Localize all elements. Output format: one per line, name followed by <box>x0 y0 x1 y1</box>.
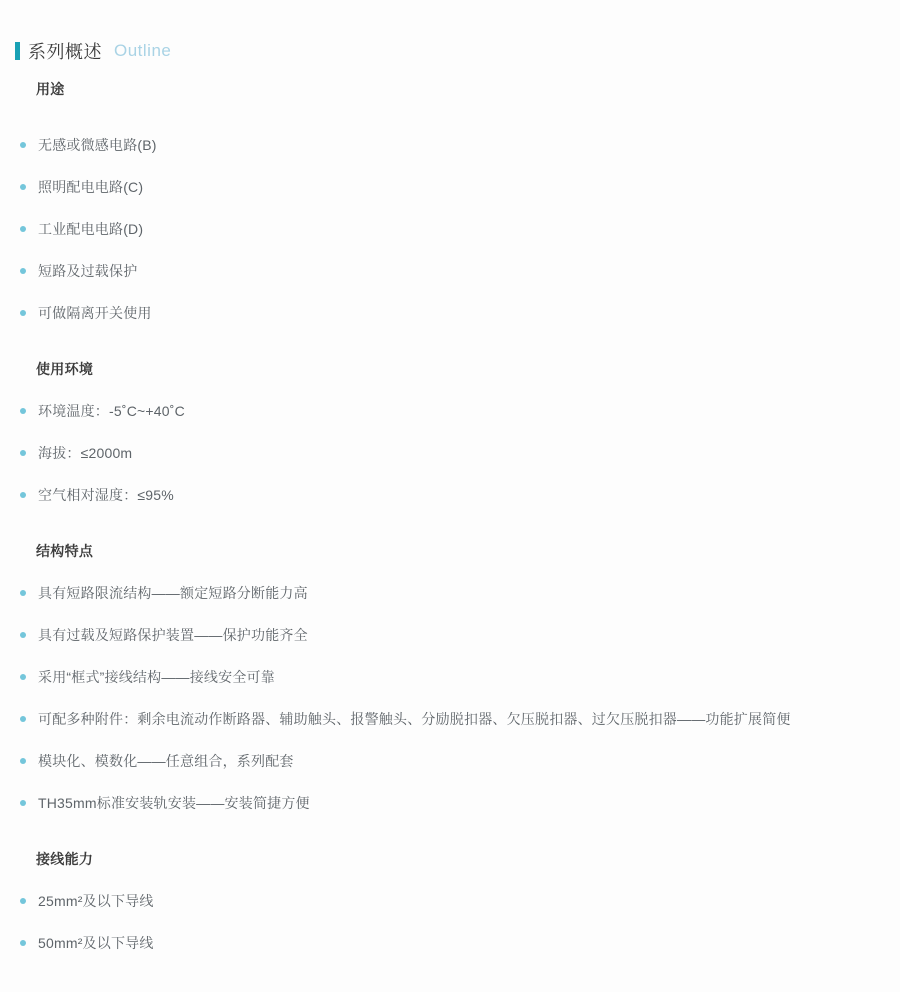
bullet-dot-icon <box>20 674 26 680</box>
section-heading: 使用环境 <box>36 359 900 379</box>
list-item: 模块化、模数化——任意组合，系列配套 <box>0 740 900 782</box>
bullet-dot-icon <box>20 184 26 190</box>
list-item-text: 可配多种附件：剩余电流动作断路器、辅助触头、报警触头、分励脱扣器、欠压脱扣器、过… <box>38 709 791 729</box>
list-item-text: 海拔：≤2000m <box>38 443 132 463</box>
bullet-dot-icon <box>20 142 26 148</box>
bullet-dot-icon <box>20 898 26 904</box>
list-item-text: 无感或微感电路(B) <box>38 135 157 155</box>
page-title-cn: 系列概述 <box>28 38 102 64</box>
list-item-text: 模块化、模数化——任意组合，系列配套 <box>38 751 294 771</box>
list-item: 具有短路限流结构——额定短路分断能力高 <box>0 572 900 614</box>
list-item-text: 具有短路限流结构——额定短路分断能力高 <box>38 583 308 603</box>
list-item: 短路及过载保护 <box>0 250 900 292</box>
bullet-dot-icon <box>20 940 26 946</box>
list-item: 无感或微感电路(B) <box>0 124 900 166</box>
list-item-text: 空气相对湿度：≤95% <box>38 485 174 505</box>
bullet-dot-icon <box>20 800 26 806</box>
content-section: 使用环境 环境温度：-5˚C~+40˚C 海拔：≤2000m 空气相对湿度：≤9… <box>0 359 900 516</box>
bullet-list: 25mm²及以下导线 50mm²及以下导线 <box>0 880 900 964</box>
bullet-dot-icon <box>20 408 26 414</box>
bullet-dot-icon <box>20 590 26 596</box>
bullet-dot-icon <box>20 268 26 274</box>
bullet-list: 具有短路限流结构——额定短路分断能力高 具有过载及短路保护装置——保护功能齐全 … <box>0 572 900 824</box>
bullet-dot-icon <box>20 716 26 722</box>
content-section: 结构特点 具有短路限流结构——额定短路分断能力高 具有过载及短路保护装置——保护… <box>0 541 900 824</box>
list-item: 50mm²及以下导线 <box>0 922 900 964</box>
bullet-dot-icon <box>20 492 26 498</box>
page: 系列概述 Outline 用途 无感或微感电路(B) 照明配电电路(C) 工业配… <box>0 0 900 992</box>
list-item-text: TH35mm标准安装轨安装——安装简捷方便 <box>38 793 310 813</box>
page-title: 系列概述 Outline <box>15 40 900 62</box>
bullet-dot-icon <box>20 226 26 232</box>
list-item-text: 照明配电电路(C) <box>38 177 143 197</box>
list-item: TH35mm标准安装轨安装——安装简捷方便 <box>0 782 900 824</box>
sections-container: 用途 无感或微感电路(B) 照明配电电路(C) 工业配电电路(D) 短路及过载保… <box>0 79 900 964</box>
page-title-en: Outline <box>114 41 171 61</box>
content-section: 用途 无感或微感电路(B) 照明配电电路(C) 工业配电电路(D) 短路及过载保… <box>0 79 900 334</box>
bullet-dot-icon <box>20 632 26 638</box>
section-heading: 接线能力 <box>36 849 900 869</box>
list-item: 25mm²及以下导线 <box>0 880 900 922</box>
list-item-text: 具有过载及短路保护装置——保护功能齐全 <box>38 625 308 645</box>
list-item: 具有过载及短路保护装置——保护功能齐全 <box>0 614 900 656</box>
list-item-text: 25mm²及以下导线 <box>38 891 154 911</box>
section-heading: 用途 <box>36 79 900 99</box>
list-item: 空气相对湿度：≤95% <box>0 474 900 516</box>
list-item: 可做隔离开关使用 <box>0 292 900 334</box>
list-item: 环境温度：-5˚C~+40˚C <box>0 390 900 432</box>
section-heading: 结构特点 <box>36 541 900 561</box>
list-item: 海拔：≤2000m <box>0 432 900 474</box>
list-item-text: 采用“框式”接线结构——接线安全可靠 <box>38 667 275 687</box>
list-item: 采用“框式”接线结构——接线安全可靠 <box>0 656 900 698</box>
list-item-text: 可做隔离开关使用 <box>38 303 152 323</box>
list-item-text: 工业配电电路(D) <box>38 219 143 239</box>
list-item: 工业配电电路(D) <box>0 208 900 250</box>
bullet-dot-icon <box>20 450 26 456</box>
title-accent-bar-icon <box>15 42 20 60</box>
content-section: 接线能力 25mm²及以下导线 50mm²及以下导线 <box>0 849 900 964</box>
list-item: 照明配电电路(C) <box>0 166 900 208</box>
list-item-text: 环境温度：-5˚C~+40˚C <box>38 401 185 421</box>
bullet-list: 环境温度：-5˚C~+40˚C 海拔：≤2000m 空气相对湿度：≤95% <box>0 390 900 516</box>
list-item-text: 短路及过载保护 <box>38 261 137 281</box>
list-item-text: 50mm²及以下导线 <box>38 933 154 953</box>
bullet-list: 无感或微感电路(B) 照明配电电路(C) 工业配电电路(D) 短路及过载保护 可… <box>0 124 900 334</box>
bullet-dot-icon <box>20 758 26 764</box>
list-item: 可配多种附件：剩余电流动作断路器、辅助触头、报警触头、分励脱扣器、欠压脱扣器、过… <box>0 698 900 740</box>
bullet-dot-icon <box>20 310 26 316</box>
